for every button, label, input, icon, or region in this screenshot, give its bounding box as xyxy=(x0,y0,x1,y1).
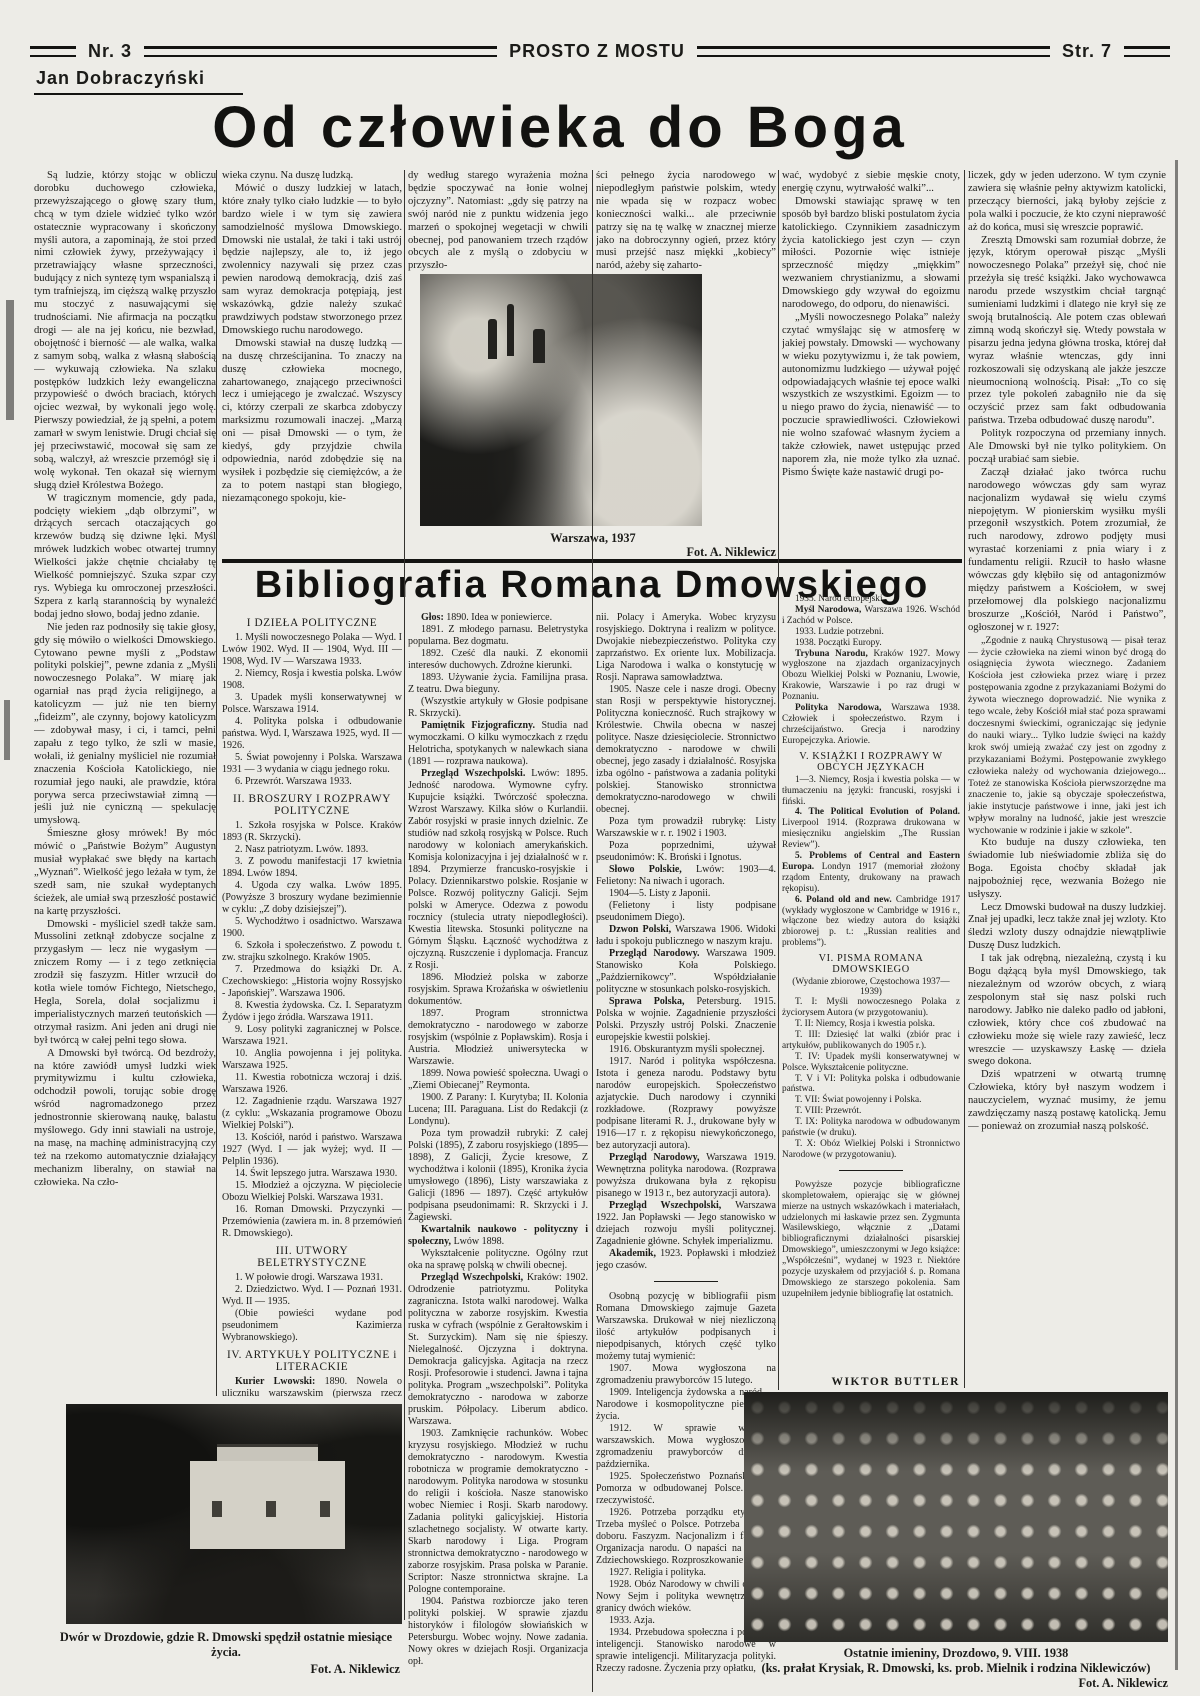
bibliography-item: Kurier Lwowski: 1890. Nowela o uliczniku… xyxy=(222,1376,402,1398)
bibliography-item: 1899. Nowa powieść społeczna. Uwagi o „Z… xyxy=(408,1068,588,1092)
bibliography-item: T. IV: Upadek myśli konserwatywnej w Pol… xyxy=(782,1052,960,1074)
bibliography-item: (Felietony i listy podpisane pseudonimem… xyxy=(596,900,776,924)
manor-facade xyxy=(190,1461,345,1549)
bibliography-column-4-items: 1935. Naród europejski.Myśl Narodowa, Wa… xyxy=(782,594,960,1300)
bibliography-item: 4. The Political Evolution of Poland. Li… xyxy=(782,807,960,851)
bibliography-item: 1900. Z Parany: I. Kurytyba; II. Kolonia… xyxy=(408,1092,588,1128)
bibliography-item: 1904—5. Listy z Japonii. xyxy=(596,888,776,900)
byline-wrap: Jan Dobraczyński xyxy=(34,68,243,95)
group-photo-caption-line2: (ks. prałat Krysiak, R. Dmowski, ks. pro… xyxy=(744,1661,1168,1676)
article-paragraph: Polityk rozpoczyna od przemiany innych. … xyxy=(968,428,1166,467)
article-paragraph: wać, wydobyć z siebie męskie cnoty, ener… xyxy=(782,170,960,196)
column-rule xyxy=(404,170,405,1620)
article-paragraph: W tragicznym momencie, gdy pada, podcięt… xyxy=(34,493,216,622)
article-paragraph: Zresztą Dmowski sam rozumiał dobrze, że … xyxy=(968,235,1166,429)
bibliography-item: 6. Szkoła i społeczeństwo. Z powodu t. z… xyxy=(222,940,402,964)
bottle-silhouette-icon xyxy=(507,304,514,356)
column-rule xyxy=(216,170,217,1396)
article-column-5: wać, wydobyć z siebie męskie cnoty, ener… xyxy=(782,170,960,558)
bibliography-item: 1897. Program stronnictwa demokratyczno … xyxy=(408,1008,588,1068)
bibliography-item: 16. Roman Dmowski. Przyczynki — Przemówi… xyxy=(222,1204,402,1240)
bibliography-item: 5. Świat powojenny i Polska. Warszawa 19… xyxy=(222,752,402,776)
bibliography-item: 1916. Obskurantyzm myśli społecznej. xyxy=(596,1044,776,1056)
bibliography-signature: WIKTOR BUTTLER xyxy=(782,1373,960,1388)
bibliography-column-4: 1935. Naród europejski.Myśl Narodowa, Wa… xyxy=(782,594,960,1388)
bibliography-item: Głos: 1890. Idea w poniewierce. xyxy=(408,612,588,624)
header-rule-right xyxy=(697,46,1050,57)
bibliography-item: 3. Z powodu manifestacji 17 kwietnia 189… xyxy=(222,856,402,880)
newspaper-page: { "header": { "issue": "Nr. 3", "masthea… xyxy=(0,0,1200,1696)
name-day-group-photo xyxy=(744,1392,1168,1642)
bibliography-item: T. V i VI: Polityka polska i odbudowanie… xyxy=(782,1074,960,1096)
article-paragraph: Dziś wpatrzeni w otwartą trumnę Człowiek… xyxy=(968,1069,1166,1134)
article-paragraph: I tak jak odrębną, niezależną, czystą i … xyxy=(968,953,1166,1069)
bibliography-section-heading: V. KSIĄŻKI I ROZPRAWY W OBCYCH JĘZYKACH xyxy=(782,751,960,773)
bibliography-item: (Obie powieści wydane pod pseudonimem Ka… xyxy=(222,1308,402,1344)
bibliography-item: 2. Nasz patriotyzm. Lwów. 1893. xyxy=(222,844,402,856)
bibliography-item: Poza poprzednimi, używał pseudonimów: K.… xyxy=(596,840,776,864)
column-rule xyxy=(778,170,779,1390)
vase-silhouette-icon xyxy=(533,329,545,363)
group-photo-caption-line1: Ostatnie imieniny, Drozdowo, 9. VIII. 19… xyxy=(744,1646,1168,1661)
bibliography-item: 4. Ugoda czy walka. Lwów 1895. (Powyższe… xyxy=(222,880,402,916)
bibliography-item: 1938. Początki Europy. xyxy=(782,638,960,649)
bibliography-item: 5. Problems of Central and Eastern Europ… xyxy=(782,851,960,895)
bibliography-item: 1. W połowie drogi. Warszawa 1931. xyxy=(222,1272,402,1284)
article-paragraph: Dmowski stawiając sprawę w ten sposób by… xyxy=(782,196,960,312)
article-column-6: liczek, gdy w jeden uderzono. W tym czyn… xyxy=(968,170,1166,1390)
bibliography-item: 1892. Cześć dla nauki. Z ekonomii intere… xyxy=(408,648,588,672)
page-header: Nr. 3 PROSTO Z MOSTU Str. 7 xyxy=(30,40,1170,62)
article-column-3: dy według starego wyrażenia można będzie… xyxy=(408,170,588,272)
bibliography-item: 1935. Naród europejski. xyxy=(782,594,960,605)
bibliography-item: Powyższe pozycje bibliograficzne skomple… xyxy=(782,1180,960,1300)
bibliography-item: Poza tym prowadził rubryki: Z całej Pols… xyxy=(408,1128,588,1224)
bibliography-item: T. VII: Świat powojenny i Polska. xyxy=(782,1095,960,1106)
bibliography-item: 4. Polityka polska i odbudowanie państwa… xyxy=(222,716,402,752)
bibliography-item: 12. Zagadnienie rządu. Warszawa 1927 (z … xyxy=(222,1096,402,1132)
group-photo-credit: Fot. A. Niklewicz xyxy=(980,1676,1168,1691)
article-paragraph: Zaczął działać jako twórca ruchu narodow… xyxy=(968,467,1166,635)
bibliography-item: Słowo Polskie, Lwów: 1903—4. Felietony: … xyxy=(596,864,776,888)
bibliography-item: 1933. Ludzie potrzebni. xyxy=(782,627,960,638)
bibliography-item: Akademik, 1923. Popławski i młodzież jeg… xyxy=(596,1248,776,1272)
bibliography-item: 1896. Młodzież polska w zaborze rosyjski… xyxy=(408,972,588,1008)
bibliography-column-2: Głos: 1890. Idea w poniewierce.1891. Z m… xyxy=(408,612,588,1692)
byline: Jan Dobraczyński xyxy=(34,68,243,95)
bibliography-item: Myśl Narodowa, Warszawa 1926. Wschód i Z… xyxy=(782,605,960,627)
bibliography-column-1: I DZIEŁA POLITYCZNE1. Myśli nowoczesnego… xyxy=(222,612,402,1398)
bibliography-item: 1. Myśli nowoczesnego Polaka — Wyd. I Lw… xyxy=(222,632,402,668)
bibliography-item: 1905. Nasze cele i nasze drogi. Obecny s… xyxy=(596,684,776,816)
bibliography-item: Wykształcenie polityczne. Ogólny rzut ok… xyxy=(408,1248,588,1272)
bibliography-item: 1903. Zamknięcie rachunków. Wobec kryzys… xyxy=(408,1428,588,1596)
bibliography-subheading: (Wydanie zbiorowe, Częstochowa 1937—1939… xyxy=(782,977,960,997)
bibliography-item: 14. Świt lepszego jutra. Warszawa 1930. xyxy=(222,1168,402,1180)
scan-edge-artifact xyxy=(1175,160,1178,1670)
article-paragraph: wieka czynu. Na duszę ludzką. xyxy=(222,170,402,183)
bibliography-section-heading: I DZIEŁA POLITYCZNE xyxy=(222,617,402,629)
article-paragraph: Mówić o duszy ludzkiej w latach, które z… xyxy=(222,183,402,338)
bibliography-item: Przegląd Narodowy, Warszawa 1919. Wewnęt… xyxy=(596,1152,776,1200)
article-paragraph: ści pełnego życia narodowego w niepodleg… xyxy=(596,170,776,272)
bibliography-item: 1—3. Niemcy, Rosja i kwestia polska — w … xyxy=(782,775,960,808)
bottle-silhouette-icon xyxy=(488,319,497,359)
article-title: Od człowieka do Boga xyxy=(30,94,1090,161)
issue-number: Nr. 3 xyxy=(88,41,132,62)
header-rule-left xyxy=(144,46,497,57)
bibliography-item: T. VIII: Przewrót. xyxy=(782,1106,960,1117)
bibliography-item: 11. Kwestia robotnicza wczoraj i dziś. W… xyxy=(222,1072,402,1096)
bibliography-item: 2. Dziedzictwo. Wyd. I — Poznań 1931. Wy… xyxy=(222,1284,402,1308)
article-paragraph: A Dmowski był twórcą. Od bezdroży, na kt… xyxy=(34,1048,216,1190)
bibliography-item: 7. Przedmowa do książki Dr. A. Czechowsk… xyxy=(222,964,402,1000)
bibliography-section-heading: II. BROSZURY I ROZPRAWY POLITYCZNE xyxy=(222,793,402,817)
bibliography-item: 13. Kościół, naród i państwo. Warszawa 1… xyxy=(222,1132,402,1168)
article-column-4: ści pełnego życia narodowego w niepodleg… xyxy=(596,170,776,272)
article-quote-paragraph: „Zgodnie z nauką Chrystusową — pisał ter… xyxy=(968,635,1166,837)
bibliography-item: 5. Wychodźtwo i osadnictwo. Warszawa 190… xyxy=(222,916,402,940)
bibliography-item: T. III: Dziesięć lat walki (zbiór prac i… xyxy=(782,1030,960,1052)
bibliography-item: 3. Upadek myśli konserwatywnej w Polsce.… xyxy=(222,692,402,716)
deathbed-photo xyxy=(420,274,702,526)
bibliography-item: 1891. Z młodego parnasu. Beletrystyka po… xyxy=(408,624,588,648)
article-paragraph: Śmieszne głosy mrówek! By móc mówić o „P… xyxy=(34,828,216,918)
header-rule-right-end xyxy=(1124,46,1170,57)
article-column-1: Są ludzie, którzy stojąc w obliczu dorob… xyxy=(34,170,216,1396)
bibliography-item: Polityka Narodowa, Warszawa 1938. Człowi… xyxy=(782,703,960,747)
manor-photo-caption: Dwór w Drozdowie, gdzie R. Dmowski spędz… xyxy=(50,1630,402,1659)
bibliography-item: 1904. Państwa rozbiorcze jako teren poli… xyxy=(408,1596,588,1668)
bibliography-item: T. X: Obóz Wielkiej Polski i Stronnictwo… xyxy=(782,1139,960,1161)
bibliography-item: 2. Niemcy, Rosja i kwestia polska. Lwów … xyxy=(222,668,402,692)
bibliography-item: T. IX: Polityka narodowa w odbudowanym p… xyxy=(782,1117,960,1139)
manor-house-photo xyxy=(66,1404,402,1624)
bibliography-item: Trybuna Narodu, Kraków 1927. Mowy wygłos… xyxy=(782,649,960,704)
bibliography-item: (Wszystkie artykuły w Głosie podpisane R… xyxy=(408,696,588,720)
bibliography-item: nii. Polacy i Ameryka. Wobec kryzysu ros… xyxy=(596,612,776,684)
article-paragraph: Dmowski - myśliciel szedł także sam. Mus… xyxy=(34,919,216,1048)
bibliography-item: 1893. Używanie życia. Familijna prasa. Z… xyxy=(408,672,588,696)
manor-photo-credit: Fot. A. Niklewicz xyxy=(50,1662,400,1677)
bibliography-item: 10. Anglia powojenna i jej polityka. War… xyxy=(222,1048,402,1072)
bibliography-item: Poza tym prowadził rubrykę: Listy Warsza… xyxy=(596,816,776,840)
deathbed-photo-caption: Warszawa, 1937 xyxy=(408,531,778,546)
bibliography-item: Przegląd Wszechpolski, Kraków: 1902. Odr… xyxy=(408,1272,588,1428)
article-paragraph: Dmowski stawiał na duszę ludzką — na dus… xyxy=(222,338,402,506)
bibliography-item: 1917. Naród i polityka współczesna. Isto… xyxy=(596,1056,776,1152)
article-paragraph: Nie jeden raz podnosiły się takie głosy,… xyxy=(34,622,216,829)
group-photo-caption-block: Ostatnie imieniny, Drozdowo, 9. VIII. 19… xyxy=(744,1646,1168,1675)
bibliography-item: T. I: Myśli nowoczesnego Polaka z życior… xyxy=(782,997,960,1019)
bibliography-section-heading: III. UTWORY BELETRYSTYCZNE xyxy=(222,1245,402,1269)
bibliography-item: 9. Losy polityki zagranicznej w Polsce. … xyxy=(222,1024,402,1048)
bibliography-item: Pamiętnik Fizjograficzny. Studia nad wym… xyxy=(408,720,588,768)
item-divider xyxy=(654,1281,718,1282)
bibliography-item: Przegląd Wszechpolski, Warszawa 1922. Ja… xyxy=(596,1200,776,1248)
bibliography-item: Osobną pozycję w bibliografii pism Roman… xyxy=(596,1291,776,1363)
item-divider xyxy=(839,1170,903,1171)
scan-edge-artifact xyxy=(6,300,14,420)
bibliography-item: Sprawa Polska, Petersburg. 1915. Polska … xyxy=(596,996,776,1044)
bibliography-item: 6. Przewrót. Warszawa 1933. xyxy=(222,776,402,788)
header-rule-left-end xyxy=(30,46,76,57)
article-paragraph: dy według starego wyrażenia można będzie… xyxy=(408,170,588,272)
bibliography-section-heading: VI. PISMA ROMANA DMOWSKIEGO xyxy=(782,953,960,975)
article-paragraph: liczek, gdy w jeden uderzono. W tym czyn… xyxy=(968,170,1166,235)
bibliography-item: 15. Młodzież a ojczyzna. W pięciolecie O… xyxy=(222,1180,402,1204)
column-rule xyxy=(592,170,593,1692)
bibliography-item: 1. Szkoła rosyjska w Polsce. Kraków 1893… xyxy=(222,820,402,844)
article-paragraph: Są ludzie, którzy stojąc w obliczu dorob… xyxy=(34,170,216,493)
bibliography-item: Przegląd Narodowy. Warszawa 1909. Stanow… xyxy=(596,948,776,996)
bibliography-section-heading: IV. ARTYKUŁY POLITYCZNE i LITERACKIE xyxy=(222,1349,402,1373)
bibliography-item: Przegląd Wszechpolski. Lwów: 1895. Jedno… xyxy=(408,768,588,972)
bibliography-item: 6. Poland old and new. Cambridge 1917 (w… xyxy=(782,895,960,950)
bibliography-item: Dzwon Polski, Warszawa 1906. Widoki ładu… xyxy=(596,924,776,948)
article-paragraph: „Myśli nowoczesnego Polaka” należy czyta… xyxy=(782,312,960,480)
bibliography-item: T. II: Niemcy, Rosja i kwestia polska. xyxy=(782,1019,960,1030)
masthead: PROSTO Z MOSTU xyxy=(509,41,685,62)
page-number: Str. 7 xyxy=(1062,41,1112,62)
article-column-2: wieka czynu. Na duszę ludzką.Mówić o dus… xyxy=(222,170,402,548)
article-paragraph: Kto buduje na duszy człowieka, ten świad… xyxy=(968,837,1166,902)
column-rule xyxy=(964,170,965,1388)
bibliography-item: 1907. Mowa wygłoszona na zgromadzeniu pr… xyxy=(596,1363,776,1387)
bibliography-item: Kwartalnik naukowo - polityczny i społec… xyxy=(408,1224,588,1248)
scan-edge-artifact xyxy=(4,700,10,760)
bibliography-item: 8. Kwestia żydowska. Cz. I. Separatyzm Ż… xyxy=(222,1000,402,1024)
article-paragraph: Lecz Dmowski budował na duszy ludzkiej. … xyxy=(968,902,1166,954)
